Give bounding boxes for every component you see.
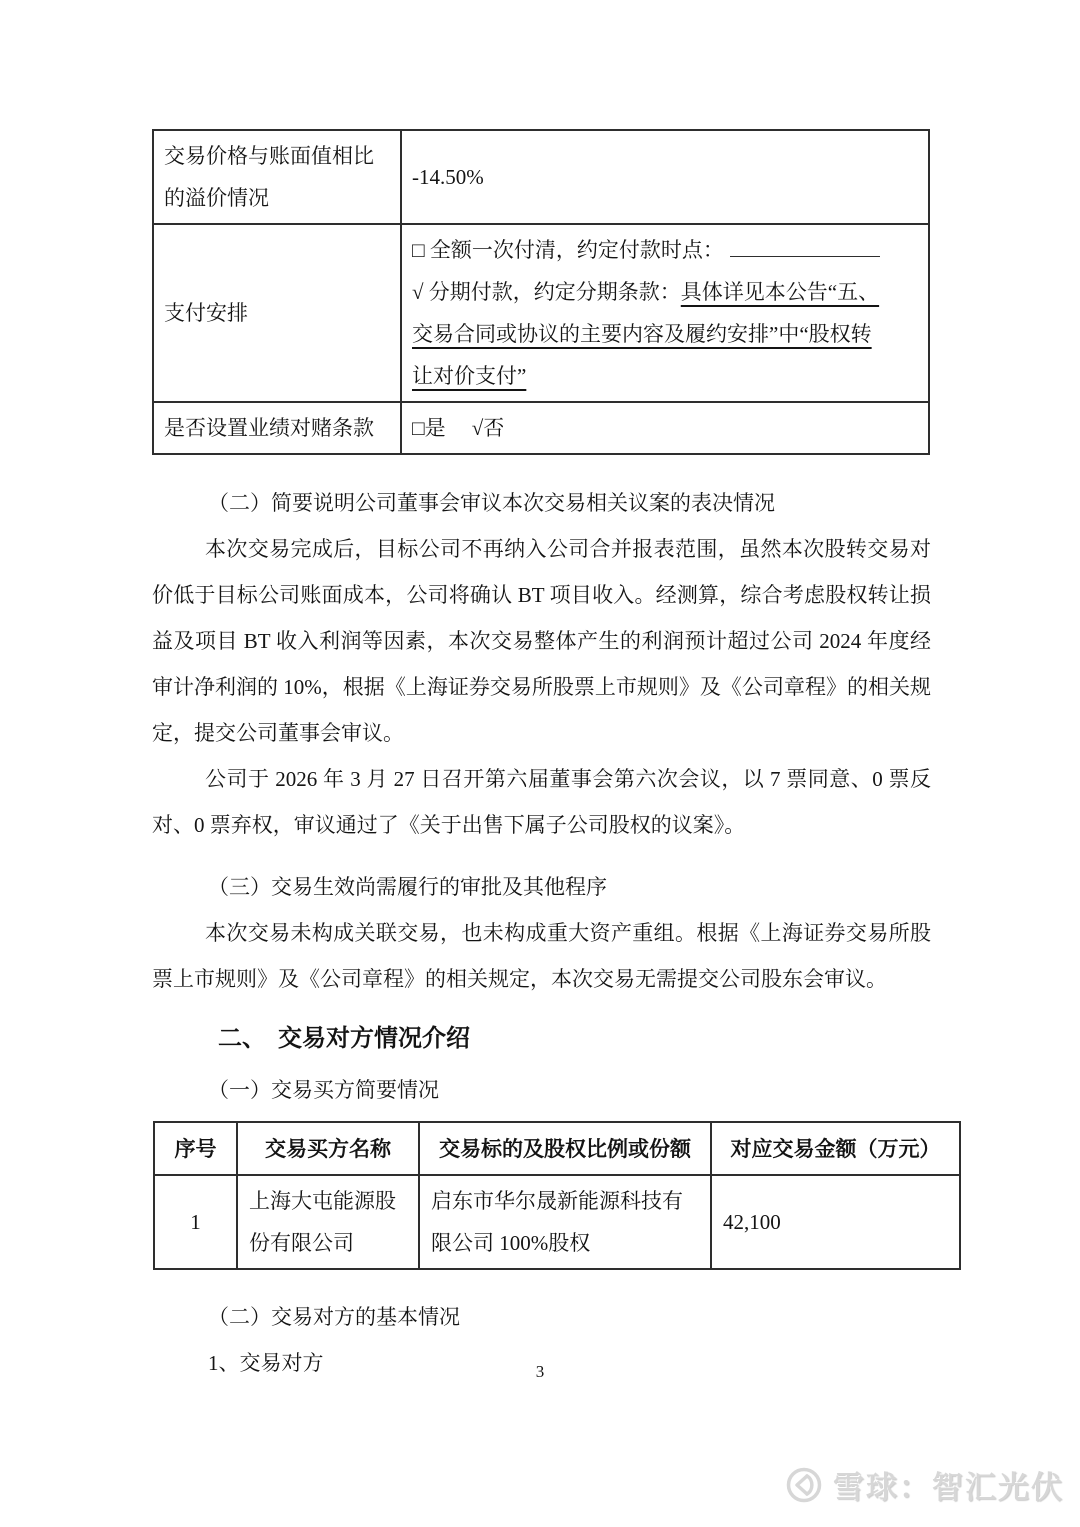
installment-terms-line2: 交易合同或协议的主要内容及履约安排”中“股权转 <box>412 313 918 355</box>
page-number: 3 <box>0 1362 1080 1382</box>
cell-target-equity: 启东市华尔晟新能源科技有限公司 100%股权 <box>419 1175 711 1269</box>
section-2-2-paragraph-2: 公司于 2026 年 3 月 27 日召开第六届董事会第六次会议，以 7 票同意… <box>152 756 931 848</box>
installment-terms-link: 具体详见本公告“五、 <box>681 280 879 304</box>
lump-sum-checkbox-text: □ 全额一次付清，约定付款时点： <box>412 238 724 262</box>
installment-checked-text: √ 分期付款，约定分期条款： <box>412 280 681 304</box>
section-2-2-title: （二）简要说明公司董事会审议本次交易相关议案的表决情况 <box>152 480 930 526</box>
premium-value: -14.50% <box>401 130 929 224</box>
payment-option-lump-sum: □ 全额一次付清，约定付款时点： <box>412 229 918 271</box>
watermark: 雪球：智汇光伏 <box>785 1462 1064 1507</box>
table-row: 交易价格与账面值相比的溢价情况 -14.50% <box>153 130 929 224</box>
installment-terms-line3: 让对价支付” <box>412 355 918 397</box>
chapter-2-heading: 二、 交易对方情况介绍 <box>152 1016 1080 1062</box>
cell-transaction-amount: 42,100 <box>711 1175 960 1269</box>
header-target-equity: 交易标的及股权比例或份额 <box>419 1122 711 1175</box>
table-row: 1 上海大屯能源股份有限公司 启东市华尔晟新能源科技有限公司 100%股权 42… <box>154 1175 960 1269</box>
section-2-3-paragraph-1: 本次交易未构成关联交易，也未构成重大资产重组。根据《上海证券交易所股票上市规则》… <box>152 910 931 1002</box>
payment-arrangement-cell: □ 全额一次付清，约定付款时点： √ 分期付款，约定分期条款：具体详见本公告“五… <box>401 224 929 402</box>
xueqiu-logo-icon <box>785 1466 823 1504</box>
table-row: 是否设置业绩对赌条款 □是√否 <box>153 402 929 454</box>
section-counterparty-basic-title: （二）交易对方的基本情况 <box>152 1294 930 1340</box>
cell-buyer-name: 上海大屯能源股份有限公司 <box>237 1175 419 1269</box>
performance-bet-cell: □是√否 <box>401 402 929 454</box>
blank-underline <box>730 236 880 257</box>
buyers-table: 序号 交易买方名称 交易标的及股权比例或份额 对应交易金额（万元） 1 上海大屯… <box>153 1121 961 1270</box>
option-yes: □是 <box>412 416 446 440</box>
watermark-text: 雪球：智汇光伏 <box>833 1462 1064 1507</box>
header-transaction-amount: 对应交易金额（万元） <box>711 1122 960 1175</box>
section-2-2-paragraph-1: 本次交易完成后，目标公司不再纳入公司合并报表范围，虽然本次股转交易对价低于目标公… <box>152 526 931 756</box>
payment-arrangement-label: 支付安排 <box>153 224 401 402</box>
premium-label: 交易价格与账面值相比的溢价情况 <box>153 130 401 224</box>
table-header-row: 序号 交易买方名称 交易标的及股权比例或份额 对应交易金额（万元） <box>154 1122 960 1175</box>
cell-serial-number: 1 <box>154 1175 237 1269</box>
header-serial-number: 序号 <box>154 1122 237 1175</box>
document-page: 交易价格与账面值相比的溢价情况 -14.50% 支付安排 □ 全额一次付清，约定… <box>0 0 1080 1527</box>
transaction-terms-table: 交易价格与账面值相比的溢价情况 -14.50% 支付安排 □ 全额一次付清，约定… <box>152 129 930 455</box>
performance-bet-label: 是否设置业绩对赌条款 <box>153 402 401 454</box>
header-buyer-name: 交易买方名称 <box>237 1122 419 1175</box>
payment-option-installment: √ 分期付款，约定分期条款：具体详见本公告“五、 <box>412 271 918 313</box>
section-2-3-title: （三）交易生效尚需履行的审批及其他程序 <box>152 864 930 910</box>
section-buyer-summary-title: （一）交易买方简要情况 <box>152 1067 930 1113</box>
table-row: 支付安排 □ 全额一次付清，约定付款时点： √ 分期付款，约定分期条款：具体详见… <box>153 224 929 402</box>
option-no: √否 <box>472 416 505 440</box>
